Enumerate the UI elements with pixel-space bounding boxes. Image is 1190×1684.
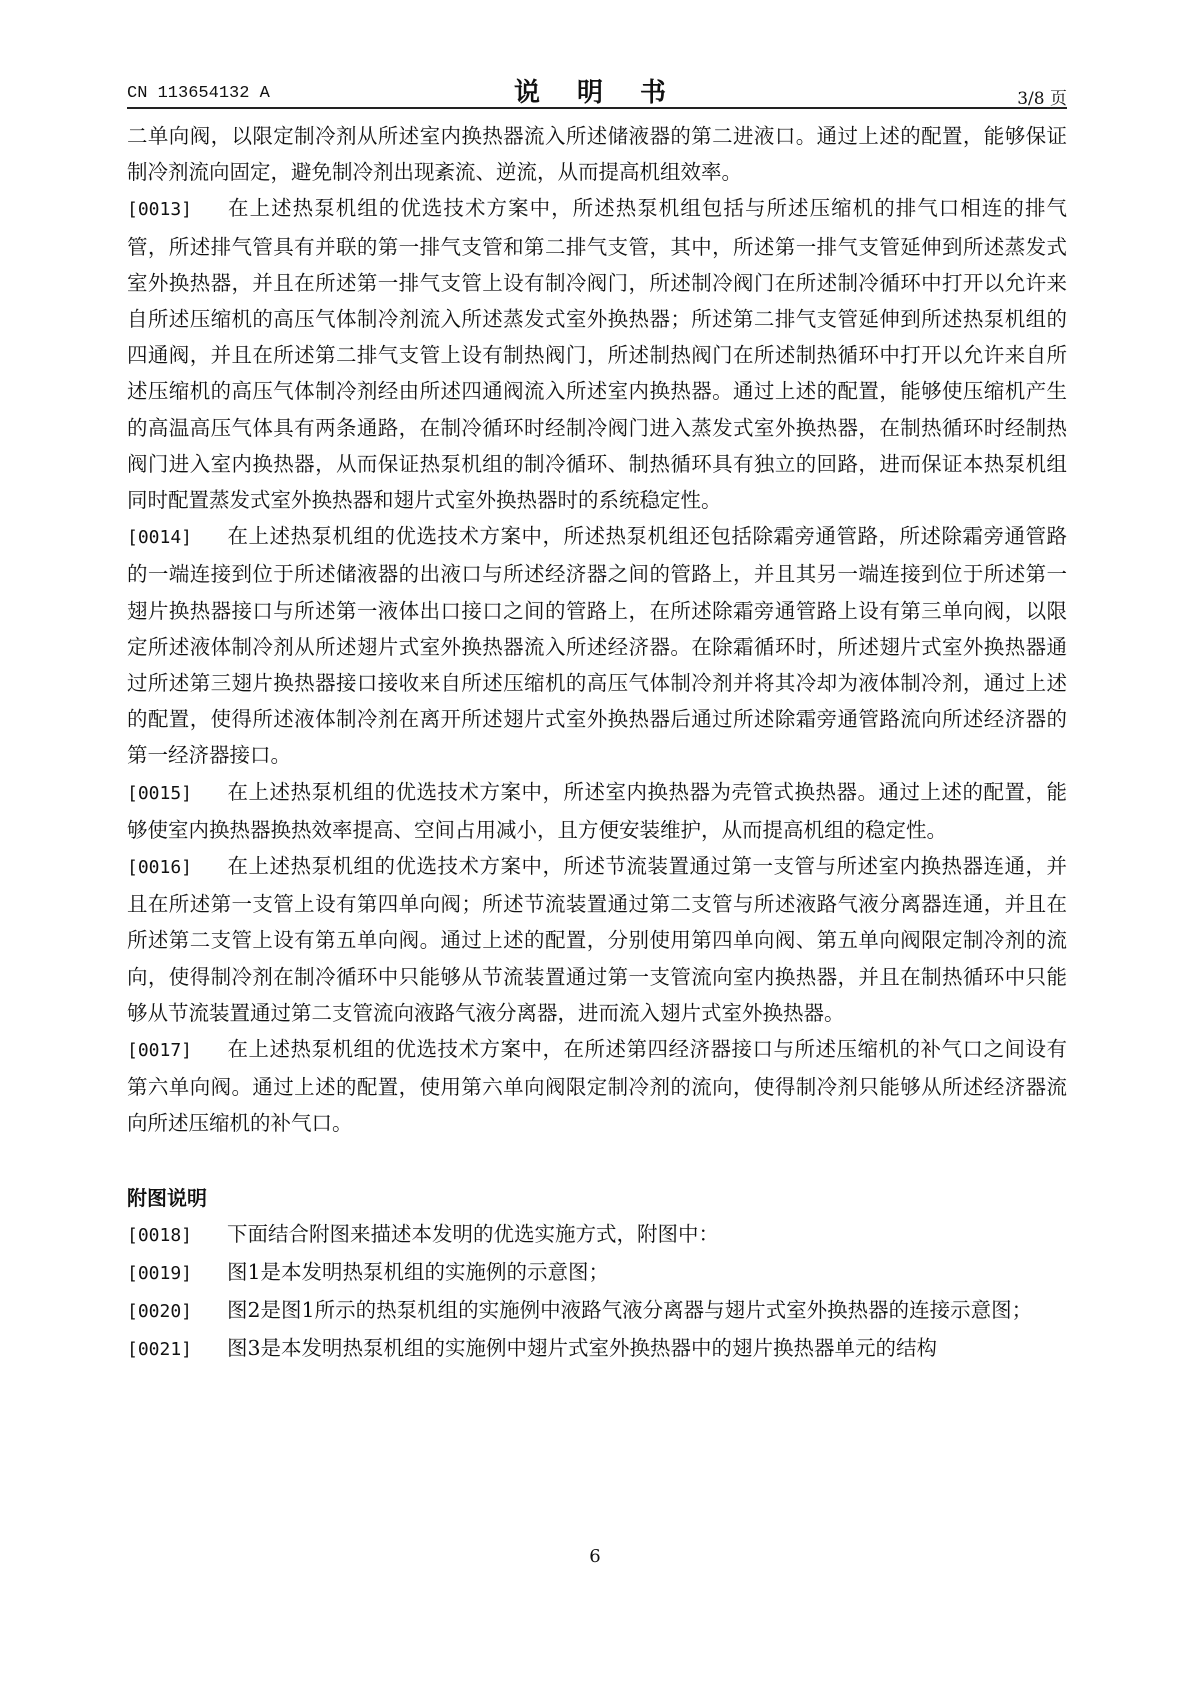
paragraph: [0015]在上述热泵机组的优选技术方案中，所述室内换热器为壳管式换热器。通过上… <box>127 774 1067 848</box>
paragraph: [0019]图1是本发明热泵机组的实施例的示意图； <box>127 1254 1067 1292</box>
paragraph-text: 在上述热泵机组的优选技术方案中，所述热泵机组还包括除霜旁通管路，所述除霜旁通管路… <box>127 524 1067 767</box>
paragraph-number: [0013] <box>127 192 227 228</box>
paragraph-text: 下面结合附图来描述本发明的优选实施方式，附图中： <box>227 1222 719 1246</box>
paragraph-text: 在上述热泵机组的优选技术方案中，所述热泵机组包括与所述压缩机的排气口相连的排气管… <box>127 196 1067 512</box>
paragraph: [0020]图2是图1所示的热泵机组的实施例中液路气液分离器与翅片式室外换热器的… <box>127 1292 1067 1330</box>
paragraph: [0017]在上述热泵机组的优选技术方案中，在所述第四经济器接口与所述压缩机的补… <box>127 1031 1067 1142</box>
paragraph-number: [0015] <box>127 776 227 812</box>
paragraph-text: 图1是本发明热泵机组的实施例的示意图； <box>227 1260 609 1284</box>
continuation-text: 二单向阀，以限定制冷剂从所述室内换热器流入所述储液器的第二进液口。通过上述的配置… <box>127 118 1067 190</box>
paragraph-text: 图2是图1所示的热泵机组的实施例中液路气液分离器与翅片式室外换热器的连接示意图； <box>227 1298 1032 1322</box>
paragraph-number: [0016] <box>127 850 227 886</box>
paragraph-text: 在上述热泵机组的优选技术方案中，在所述第四经济器接口与所述压缩机的补气口之间设有… <box>127 1037 1067 1135</box>
paragraph-number: [0019] <box>127 1256 227 1292</box>
paragraph-number: [0014] <box>127 520 227 556</box>
document-title: 说 明 书 <box>127 72 1067 109</box>
paragraph-number: [0018] <box>127 1218 227 1254</box>
page-header: CN 113654132 A 说 明 书 3/8 页 <box>127 70 1067 110</box>
paragraph-text: 图3是本发明热泵机组的实施例中翅片式室外换热器中的翅片换热器单元的结构 <box>227 1336 937 1360</box>
header-rule <box>127 107 1067 109</box>
page-indicator: 3/8 页 <box>1017 84 1067 109</box>
paragraph: [0018]下面结合附图来描述本发明的优选实施方式，附图中： <box>127 1216 1067 1254</box>
paragraph: [0016]在上述热泵机组的优选技术方案中，所述节流装置通过第一支管与所述室内换… <box>127 848 1067 1031</box>
paragraph-number: [0021] <box>127 1332 227 1368</box>
paragraph: [0013]在上述热泵机组的优选技术方案中，所述热泵机组包括与所述压缩机的排气口… <box>127 190 1067 518</box>
paragraph-number: [0017] <box>127 1033 227 1069</box>
paragraph: [0014]在上述热泵机组的优选技术方案中，所述热泵机组还包括除霜旁通管路，所述… <box>127 518 1067 773</box>
paragraph-text: 在上述热泵机组的优选技术方案中，所述室内换热器为壳管式换热器。通过上述的配置，能… <box>127 780 1067 842</box>
paragraph-number: [0020] <box>127 1294 227 1330</box>
paragraph: [0021]图3是本发明热泵机组的实施例中翅片式室外换热器中的翅片换热器单元的结… <box>127 1330 1067 1368</box>
paragraph-text: 在上述热泵机组的优选技术方案中，所述节流装置通过第一支管与所述室内换热器连通，并… <box>127 854 1067 1025</box>
page-number: 6 <box>0 1546 1190 1567</box>
document-body: 二单向阀，以限定制冷剂从所述室内换热器流入所述储液器的第二进液口。通过上述的配置… <box>127 118 1067 1369</box>
section-heading: 附图说明 <box>127 1180 1067 1216</box>
